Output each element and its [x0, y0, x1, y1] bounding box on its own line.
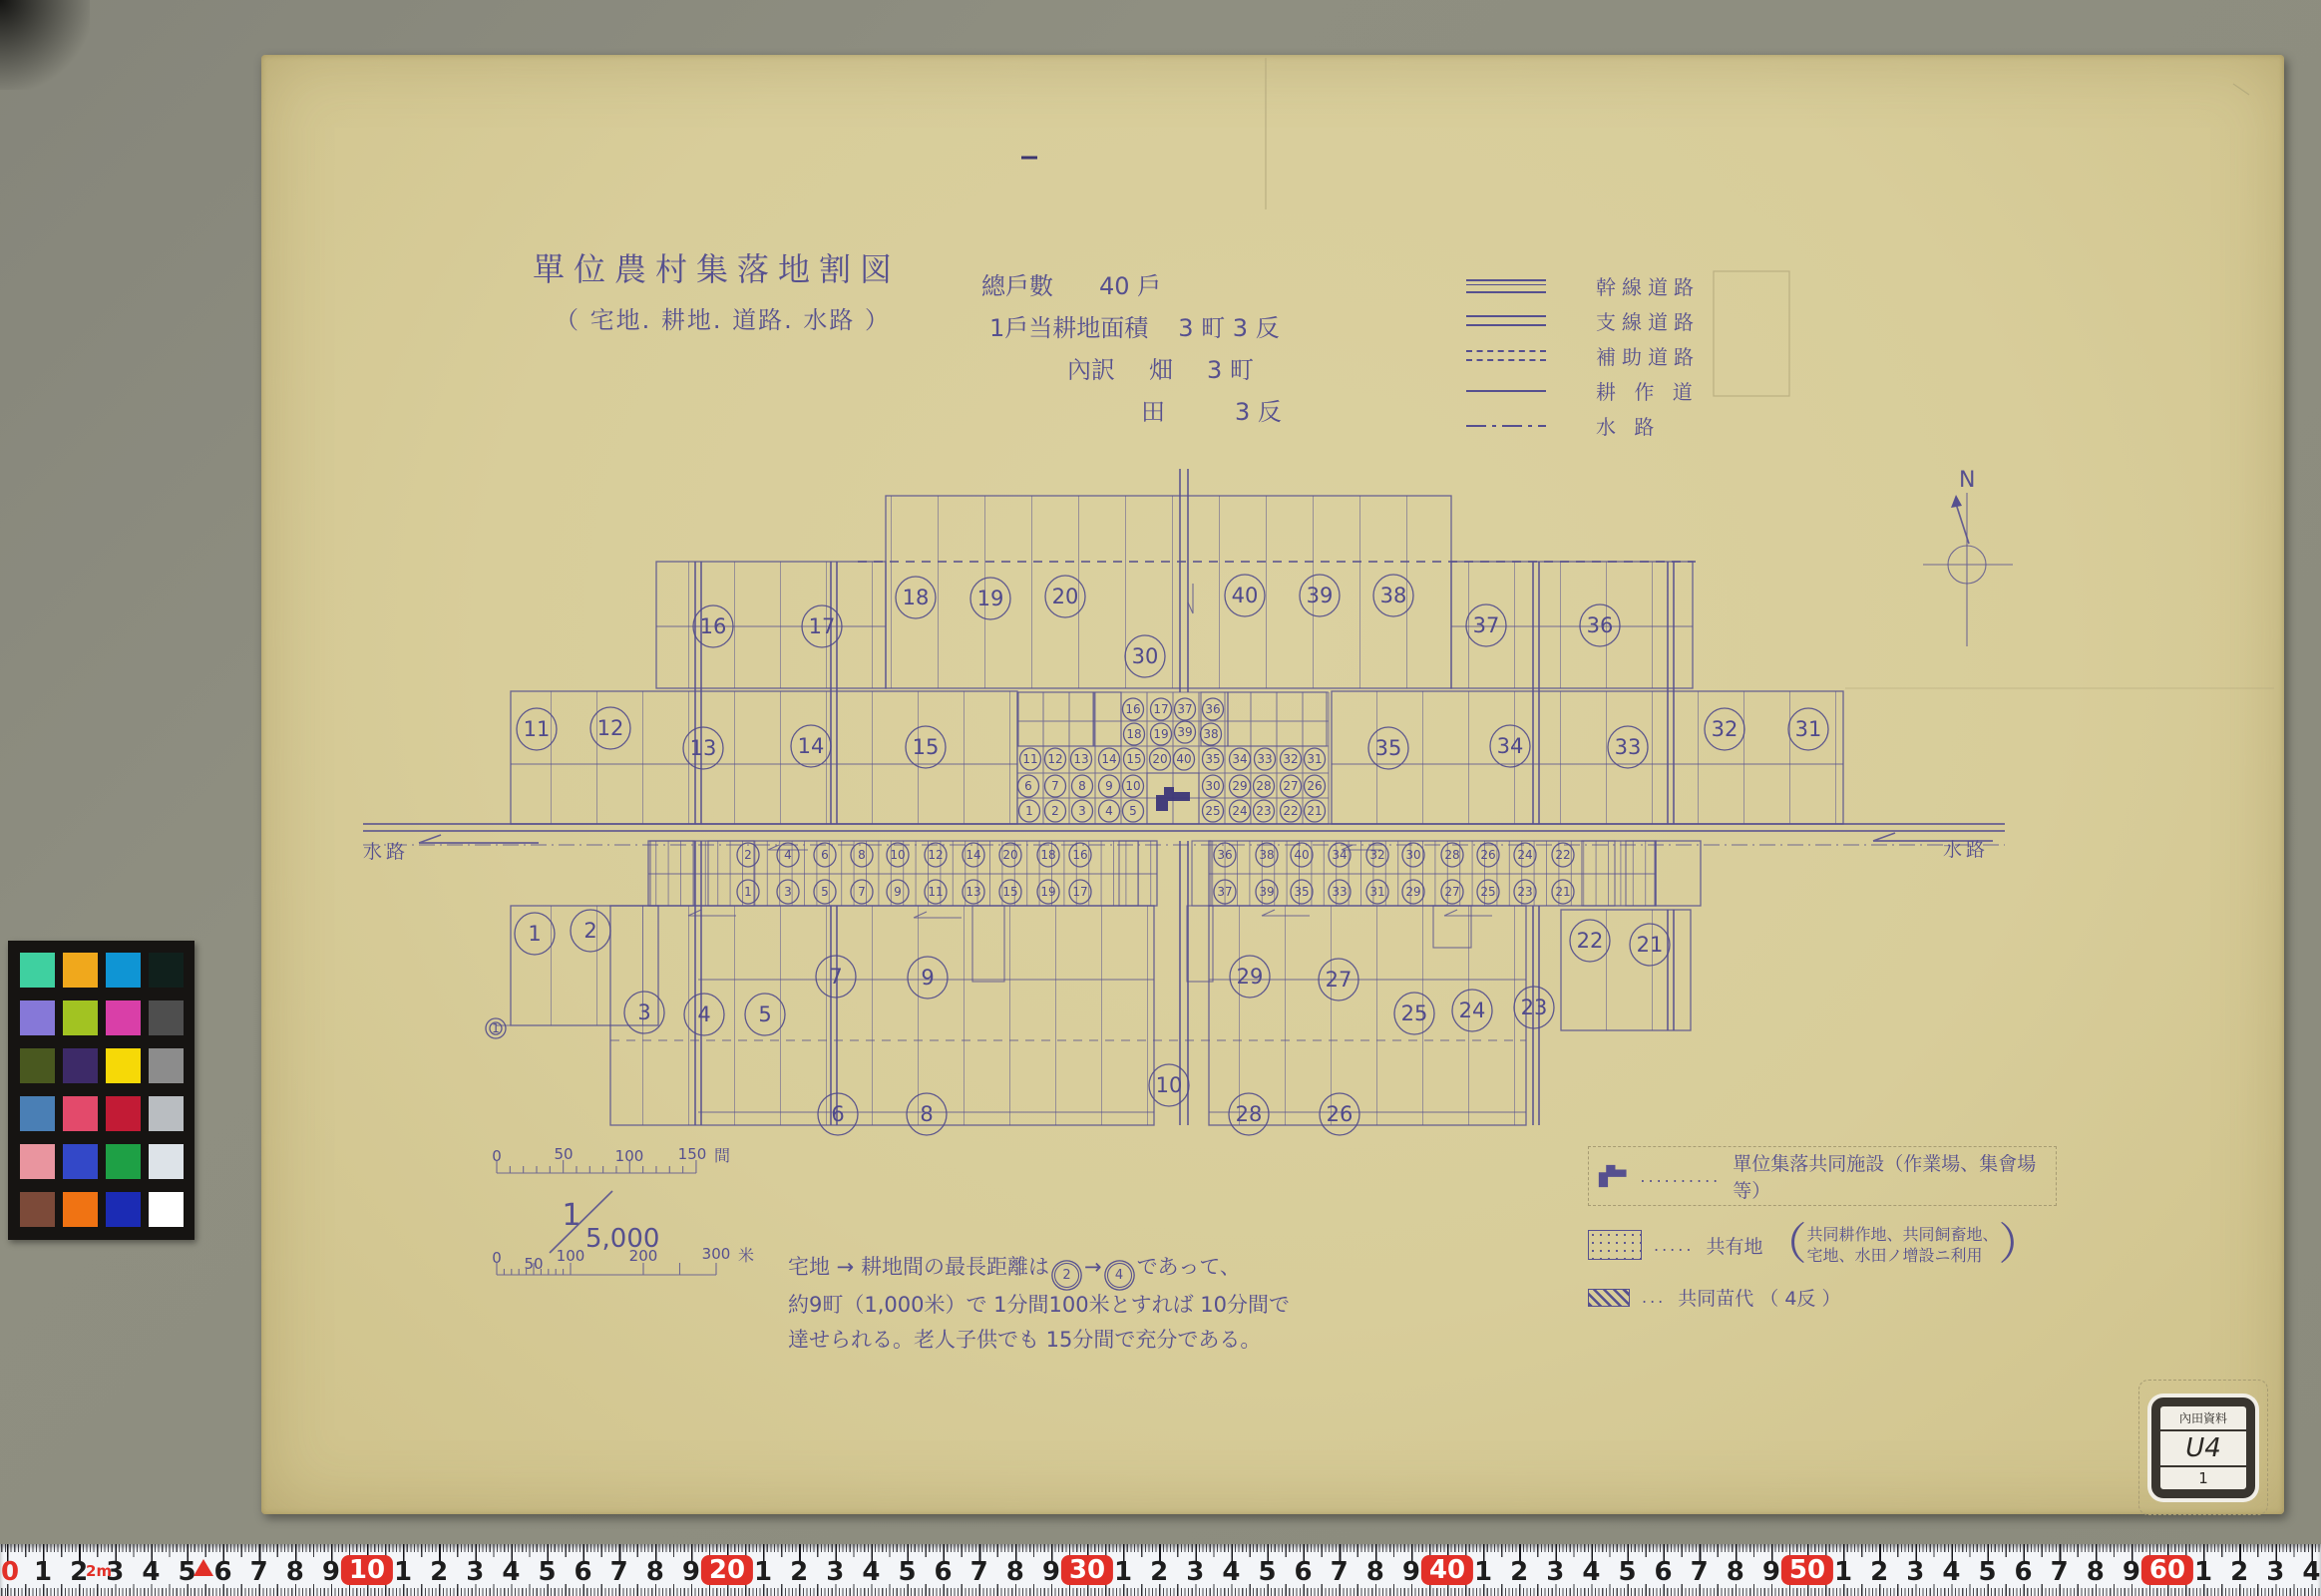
color-patch: [63, 1048, 98, 1083]
ruler-number: 20: [701, 1555, 753, 1585]
ruler-number: 2: [1150, 1557, 1168, 1587]
ruler-number: 2: [790, 1557, 808, 1587]
legend-subline: 宅地、水田ノ增設ニ利用: [1806, 1245, 1998, 1266]
ruler-number: 8: [1006, 1557, 1024, 1587]
color-patch: [149, 1048, 184, 1083]
ruler-number: 50: [1781, 1555, 1833, 1585]
ruler-number: 10: [341, 1555, 393, 1585]
ruler-number: 6: [575, 1557, 592, 1587]
ruler-number: 6: [1655, 1557, 1673, 1587]
ruler-number: 1: [2194, 1557, 2212, 1587]
stat-value: 3 反: [1235, 392, 1282, 427]
ruler-number: 7: [1691, 1557, 1709, 1587]
drawing-subtitle: （ 宅地. 耕地. 道路. 水路 ）: [555, 300, 891, 335]
ruler-number: 9: [1042, 1557, 1060, 1587]
ruler-number: 8: [1366, 1557, 1384, 1587]
color-patch: [106, 1048, 141, 1083]
legend-label: 共有地: [1706, 1232, 1762, 1259]
branch-road-line-sample: [1466, 315, 1546, 326]
stat-total-households: 總戶數 40 戶: [981, 266, 1282, 301]
legend-label: 共同苗代 （ 4反 ）: [1678, 1284, 1840, 1311]
stamp-code: U4: [2160, 1431, 2246, 1467]
legend-subline: 共同耕作地、共同飼畜地、: [1806, 1224, 1998, 1245]
ruler-number: 1: [1114, 1557, 1132, 1587]
ruler-number: 4: [142, 1557, 160, 1587]
ruler-number: 9: [2123, 1557, 2140, 1587]
color-patch: [20, 953, 55, 988]
legend-row-branch-road: 支線道路: [1466, 303, 1700, 338]
stat-label: 內訳: [1067, 350, 1115, 385]
color-patch: [63, 1000, 98, 1035]
note-text: 約9町（1,000米）で 1分間100米とすれば 10分間で: [788, 1293, 1290, 1317]
color-patch: [149, 1000, 184, 1035]
legend-row-trunk-road: 幹線道路: [1466, 268, 1700, 303]
ruler-number: 5: [538, 1557, 556, 1587]
warning-triangle-icon: [193, 1559, 213, 1576]
site-symbols-legend: .......... 單位集落共同施設（作業場、集會場等） ..... 共有地 …: [1588, 1146, 2057, 1311]
note-text: 宅地 → 耕地間の最長距離は: [788, 1255, 1049, 1279]
color-patch: [63, 1096, 98, 1131]
ruler-number: 3: [466, 1557, 484, 1587]
legend-label: 耕 作 道: [1596, 376, 1699, 405]
household-statistics: 總戶數 40 戶 1戶当耕地面積 3 町 3 反 內訳 畑 3 町 田 3 反: [981, 266, 1282, 434]
ruler-number: 3: [1186, 1557, 1204, 1587]
ruler-number: 3: [826, 1557, 844, 1587]
ruler-number: 1: [1834, 1557, 1852, 1587]
color-patch: [106, 1192, 141, 1227]
ruler-number: 7: [1331, 1557, 1349, 1587]
legend-sublabel: 共同耕作地、共同飼畜地、 宅地、水田ノ增設ニ利用: [1806, 1224, 1998, 1266]
ruler-number: 3: [1546, 1557, 1564, 1587]
stamp-collection-name: 內田資料: [2160, 1406, 2246, 1431]
color-patch: [106, 953, 141, 988]
ruler-number: 3: [1906, 1557, 1924, 1587]
ruler-number: 1: [394, 1557, 412, 1587]
color-patch: [149, 1192, 184, 1227]
ruler-number: 4: [2302, 1557, 2320, 1587]
waterway-line-sample: [1466, 425, 1546, 427]
legend-label: 支線道路: [1596, 306, 1700, 335]
ruler-number: 9: [322, 1557, 340, 1587]
road-type-legend: 幹線道路 支線道路 補助道路 耕 作 道 水 路: [1466, 268, 1700, 443]
stat-label: 總戶數: [981, 266, 1053, 301]
ruler-number: 4: [502, 1557, 520, 1587]
trunk-road-line-sample: [1466, 279, 1546, 293]
stat-per-household: 1戶当耕地面積 3 町 3 反: [989, 308, 1282, 343]
facility-flag-icon: [1597, 1162, 1628, 1190]
ruler-number: 2: [1870, 1557, 1888, 1587]
legend-label: 單位集落共同施設（作業場、集會場等）: [1733, 1149, 2048, 1203]
ruler-number: 7: [250, 1557, 268, 1587]
stat-breakdown-paddy: 田 3 反: [1141, 392, 1282, 427]
ruler-number: 1: [34, 1557, 52, 1587]
ruler-2m-mark: 2m: [86, 1562, 112, 1580]
ruler-number: 2: [1510, 1557, 1528, 1587]
ruler-number: 8: [2087, 1557, 2105, 1587]
stat-label: 畑: [1149, 350, 1173, 385]
color-calibration-chart: [8, 941, 194, 1240]
stat-value: 40 戶: [1099, 266, 1161, 301]
ruler-number: 8: [286, 1557, 304, 1587]
auxiliary-road-line-sample: [1466, 350, 1546, 361]
archive-stamp-label: 內田資料 U4 1: [2151, 1397, 2255, 1498]
color-patch: [20, 1096, 55, 1131]
stipple-pattern-sample: [1588, 1230, 1642, 1260]
color-patch: [106, 1000, 141, 1035]
farm-road-line-sample: [1466, 390, 1546, 392]
archive-stamp: 內田資料 U4 1: [2138, 1380, 2268, 1515]
legend-row-farm-road: 耕 作 道: [1466, 373, 1700, 408]
legend-row-auxiliary-road: 補助道路: [1466, 338, 1700, 373]
ruler-number: 4: [1582, 1557, 1600, 1587]
legend-label: 水 路: [1596, 411, 1660, 440]
ruler-number: 4: [862, 1557, 880, 1587]
ruler-number: 9: [1402, 1557, 1420, 1587]
ruler-number: 1: [1474, 1557, 1492, 1587]
ruler-number: 2: [2230, 1557, 2248, 1587]
ruler-number: 6: [1295, 1557, 1313, 1587]
ruler-number: 6: [214, 1557, 232, 1587]
ruler-number: 5: [1978, 1557, 1996, 1587]
ruler-number: 1: [754, 1557, 772, 1587]
color-patch: [149, 953, 184, 988]
ruler-number: 9: [682, 1557, 700, 1587]
circled-plot-ref: 2: [1054, 1263, 1079, 1288]
color-patch: [20, 1048, 55, 1083]
legend-label: 補助道路: [1596, 341, 1700, 370]
ruler-number: 3: [2266, 1557, 2284, 1587]
color-patch: [106, 1144, 141, 1179]
drawing-title: 單位農村集落地割図: [533, 244, 901, 290]
color-patch: [149, 1096, 184, 1131]
color-patch: [20, 1144, 55, 1179]
ruler-number: 7: [610, 1557, 628, 1587]
legend-dots: ...: [1642, 1288, 1666, 1307]
note-text: であって、: [1137, 1255, 1241, 1279]
scan-corner-shadow: [0, 0, 90, 90]
color-patch: [63, 1144, 98, 1179]
ruler-number: 6: [2015, 1557, 2033, 1587]
ruler-number: 7: [970, 1557, 988, 1587]
scanned-document-background: 單位農村集落地割図 （ 宅地. 耕地. 道路. 水路 ） 總戶數 40 戶 1戶…: [0, 0, 2321, 1596]
color-patch: [106, 1096, 141, 1131]
ruler-number: 2: [430, 1557, 448, 1587]
stat-label: 田: [1141, 392, 1165, 427]
ruler-number: 7: [2051, 1557, 2069, 1587]
distance-note: 宅地 → 耕地間の最長距離は2→4であって、 約9町（1,000米）で 1分間1…: [788, 1250, 1506, 1358]
ruler-number: 9: [1762, 1557, 1780, 1587]
ruler-number: 0: [1, 1557, 19, 1587]
paren-glyph: （: [1762, 1225, 1806, 1265]
legend-row-waterway: 水 路: [1466, 408, 1700, 443]
ruler-number: 40: [1421, 1555, 1473, 1585]
ruler-number: 4: [1942, 1557, 1960, 1587]
hatch-pattern-sample: [1588, 1289, 1630, 1307]
ruler-number: 5: [1618, 1557, 1636, 1587]
ruler-number: 8: [646, 1557, 664, 1587]
paper-sheet: 單位農村集落地割図 （ 宅地. 耕地. 道路. 水路 ） 總戶數 40 戶 1戶…: [261, 55, 2284, 1514]
arrow-glyph: →: [1084, 1255, 1102, 1279]
legend-row-communal-facility: .......... 單位集落共同施設（作業場、集會場等）: [1588, 1146, 2057, 1206]
legend-label: 幹線道路: [1596, 271, 1700, 300]
stat-label: 1戶当耕地面積: [989, 308, 1148, 343]
paren-glyph: ）: [1998, 1225, 2042, 1265]
ruler-number: 60: [2141, 1555, 2193, 1585]
stat-value: 3 町 3 反: [1178, 308, 1279, 343]
color-patch: [63, 1192, 98, 1227]
color-patch: [149, 1144, 184, 1179]
stat-value: 3 町: [1207, 350, 1254, 385]
stat-breakdown-upland: 內訳 畑 3 町: [1067, 350, 1282, 385]
legend-dots: ..........: [1640, 1167, 1721, 1186]
note-text: 達せられる。老人子供でも 15分間で充分である。: [788, 1328, 1261, 1352]
ruler-number: 30: [1061, 1555, 1113, 1585]
color-patch: [20, 1192, 55, 1227]
circled-plot-ref: 4: [1107, 1263, 1132, 1288]
color-patch: [20, 1000, 55, 1035]
stamp-number: 1: [2160, 1467, 2246, 1489]
legend-row-common-seedbed: ... 共同苗代 （ 4反 ）: [1588, 1284, 2057, 1311]
ruler-number: 8: [1727, 1557, 1744, 1587]
measuring-ruler: 0123456789101234567892012345678930123456…: [0, 1544, 2321, 1596]
legend-dots: .....: [1654, 1236, 1694, 1255]
ruler-number: 5: [1258, 1557, 1276, 1587]
legend-row-common-land: ..... 共有地 （ 共同耕作地、共同飼畜地、 宅地、水田ノ增設ニ利用 ）: [1588, 1224, 2057, 1266]
ruler-number: 4: [1222, 1557, 1240, 1587]
ruler-number: 6: [935, 1557, 953, 1587]
color-patch: [63, 953, 98, 988]
ruler-number: 5: [898, 1557, 916, 1587]
